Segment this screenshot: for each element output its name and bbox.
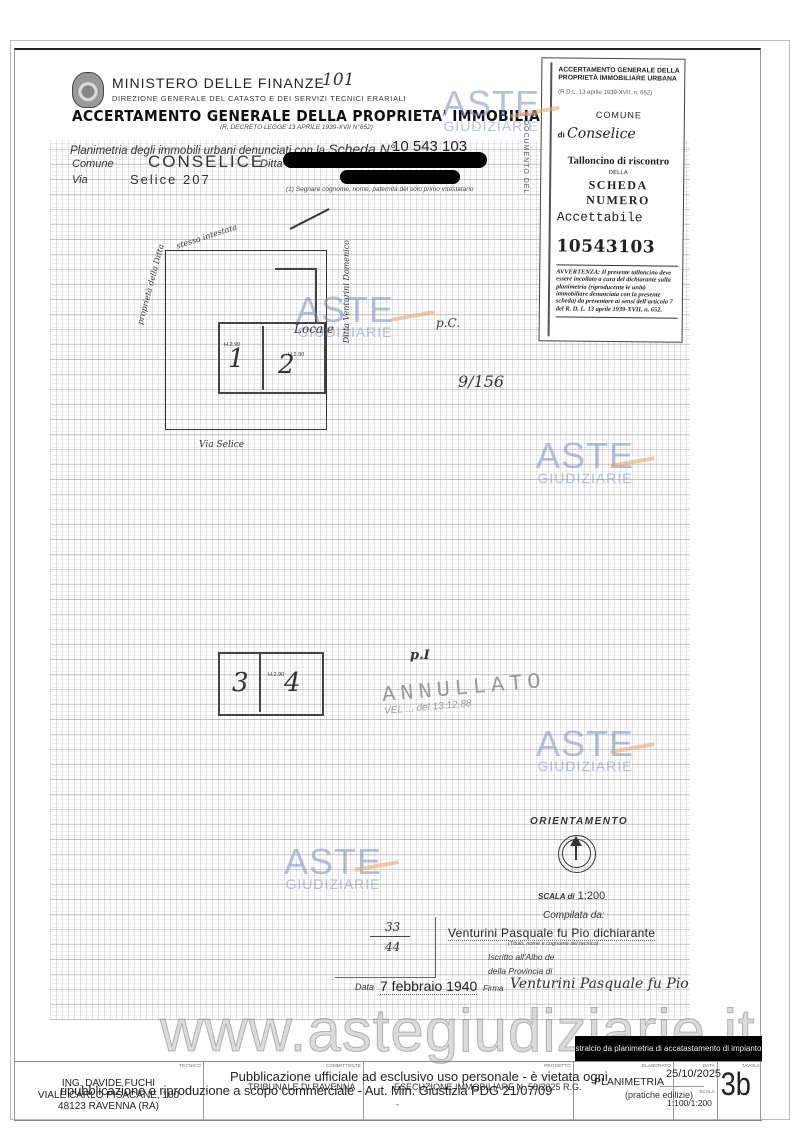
albo-label: Iscritto all'Albo de — [488, 952, 554, 962]
compiled-by-label: Compilata da: — [543, 910, 605, 921]
talloncino-di-label: di — [558, 130, 565, 139]
floor-annotation-pc: p.C. — [436, 316, 460, 330]
handwritten-number: 101 — [322, 70, 354, 90]
scale-value-titleblock: 1:100/1:200 — [667, 1098, 712, 1108]
talloncino-number: 10543103 — [556, 236, 678, 257]
compiler-title-note: (Titolo, nome e cognome del tecnico) — [508, 941, 598, 947]
committente-label: COMMITTENTE — [326, 1063, 361, 1068]
talloncino-comune-label: COMUNE — [558, 109, 680, 120]
fraction-numerator: 33 — [385, 920, 400, 934]
room-height-4: H.2.90 — [268, 672, 284, 678]
date-value: 7 febbraio 1940 — [380, 978, 477, 995]
via-label: Via — [72, 174, 88, 186]
floor-annotation-p1: p.I — [410, 648, 430, 663]
signature-label: Firma — [483, 984, 503, 993]
talloncino-accettabile-stamp: Accettabile — [557, 209, 679, 225]
talloncino-di-riscontro: ACCERTAMENTO GENERALE DELLA PROPRIETÀ IM… — [539, 57, 686, 342]
talloncino-title: Talloncino di riscontro — [557, 155, 679, 167]
room-number-3: 3 — [232, 668, 249, 698]
ditta-label: Ditta — [260, 158, 283, 170]
talloncino-comune-handwritten: Conselice — [567, 125, 636, 142]
fraction-line — [370, 936, 410, 937]
redaction-bar — [340, 170, 460, 184]
room-height-1: H.2.90 — [224, 342, 240, 348]
talloncino-rdl: (R.D.L. 13 aprile 1939-XVII, n. 652) — [558, 89, 680, 96]
north-arrow-head-icon — [570, 836, 582, 846]
tecnico-label: TECNICO — [179, 1063, 201, 1068]
tecnico-city: 48123 RAVENNA (RA) — [14, 1101, 203, 1113]
date-value-titleblock: 25/10/2025 — [666, 1068, 721, 1080]
room-partition-wall — [259, 654, 261, 712]
fraction-denominator: 44 — [385, 940, 400, 954]
directorate-name: DIREZIONE GENERALE DEL CATASTO E DEI SER… — [112, 94, 406, 103]
room-number-4: 4 — [284, 668, 301, 698]
scale-value: 1:200 — [578, 890, 606, 902]
talloncino-della: DELLA — [557, 169, 679, 176]
publication-notice-line2: ripubblicazione o riproduzione a scopo c… — [60, 1083, 552, 1098]
scale-label: SCALA di — [538, 892, 575, 901]
room-number-1: 1 — [228, 344, 245, 374]
title-block-banner: stralcio da planimetria di accatastament… — [575, 1036, 762, 1061]
talloncino-scheda-numero: SCHEDA NUMERO — [557, 177, 679, 208]
ministry-name: MINISTERO DELLE FINANZE — [112, 75, 325, 91]
redaction-bar — [283, 152, 487, 168]
aste-watermark: ASTEGIUDIZIARIE — [296, 294, 394, 339]
scale-line: SCALA di 1:200 — [538, 890, 605, 902]
talloncino-heading: ACCERTAMENTO GENERALE DELLA PROPRIETÀ IM… — [558, 66, 680, 84]
state-emblem-icon — [72, 72, 104, 108]
tavola-value: 3b — [721, 1066, 751, 1103]
scala-label: SCALA — [699, 1089, 715, 1094]
province-label: della Provincia di — [488, 966, 552, 976]
comune-value: CONSELICE — [148, 152, 264, 172]
street-annotation: Via Selice — [199, 440, 244, 450]
talloncino-comune-line: di Conselice — [558, 125, 680, 142]
elaborato-value: PLANIMETRIA — [594, 1076, 664, 1088]
room-partition-wall — [262, 326, 264, 390]
compiler-name: Venturini Pasquale fu Pio dichiarante — [448, 926, 655, 941]
progetto-label: PROGETTO — [544, 1063, 571, 1068]
talloncino-avvertenza: AVVERTENZA: Il presente talloncino deve … — [556, 264, 679, 318]
aste-watermark: ASTEGIUDIZIARIE — [442, 88, 540, 133]
comune-label: Comune — [72, 158, 114, 170]
signature-value: Venturini Pasquale fu Pio — [510, 976, 689, 992]
via-value: Selice 207 — [130, 172, 211, 187]
reference-annotation: 9/156 — [458, 372, 504, 391]
date-label: Data — [355, 982, 374, 992]
date-scale-divider — [660, 1086, 704, 1087]
publication-notice-line1: Pubblicazione ufficiale ad esclusivo uso… — [230, 1069, 608, 1084]
decree-reference: (R. DECRETO LEGGE 13 APRILE 1939-XVII N°… — [220, 124, 373, 131]
progetto-dash: - — [396, 1100, 399, 1109]
orientation-label: ORIENTAMENTO — [530, 816, 628, 827]
room-height-2: H.2.90 — [288, 352, 304, 358]
ditta-footnote: (1) Segnare cognome, nome, paternità del… — [286, 186, 474, 193]
